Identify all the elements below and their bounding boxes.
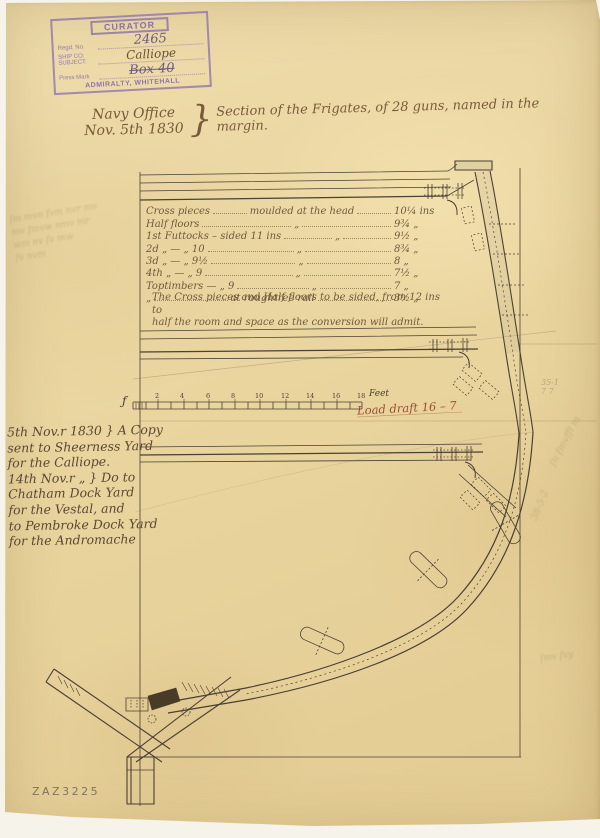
title-description: Section of the Frigates, of 28 guns, nam… bbox=[216, 95, 557, 134]
press-mark-label: Press Mark bbox=[59, 74, 99, 82]
keel bbox=[127, 757, 154, 804]
ship-subject-label: SHIP CO:SUBJECT: bbox=[58, 53, 99, 67]
pencil-construction-lines bbox=[133, 331, 597, 512]
curator-stamp: CURATOR Regd. No. 2465 SHIP CO:SUBJECT: … bbox=[50, 11, 212, 95]
navy-office-label: Navy Office bbox=[84, 104, 184, 123]
scale-left-mark: ƒ bbox=[122, 394, 126, 408]
title-date: Nov. 5th 1830 bbox=[84, 120, 184, 139]
table-row: 3d „ — „ 9½„8 „ bbox=[146, 255, 440, 267]
dark-chock bbox=[148, 688, 180, 710]
scantling-table: Cross piecesmoulded at the head10¼ ins H… bbox=[146, 205, 440, 304]
bilge-chocks bbox=[295, 496, 530, 664]
table-row: 1st Futtocks – sided 11 ins„9½ „ bbox=[146, 230, 440, 242]
title-brace: } bbox=[189, 99, 213, 141]
hull-inner-curve bbox=[174, 434, 519, 701]
table-row: Toptimbers — „ 9„7 „ bbox=[146, 279, 440, 291]
timberhead-cap bbox=[455, 161, 492, 170]
catalog-number: ZAZ3225 bbox=[32, 785, 100, 798]
pencil-note-right-1: 35-1 7 7 bbox=[541, 378, 559, 396]
floor-arm-left bbox=[46, 669, 170, 762]
margin-distribution-note: 5th Nov.r 1830 } A Copy sent to Sheernes… bbox=[7, 422, 175, 550]
table-row: Cross piecesmoulded at the head10¼ ins bbox=[146, 205, 440, 217]
scale-tick-labels: 2 4 6 8 10 12 14 16 18 bbox=[133, 392, 367, 402]
scale-feet-label: Feet bbox=[369, 389, 389, 399]
margin-note-line: for the Andromache bbox=[9, 531, 175, 549]
siding-note: The Cross pieces and Half floors to be s… bbox=[152, 292, 452, 330]
table-row: 4th „ — „ 9„7½ „ bbox=[146, 267, 440, 279]
table-row: 2d „ — „ 10„8¾ „ bbox=[146, 242, 440, 254]
margin-note-line: sent to Sheerness Yard bbox=[7, 437, 173, 455]
table-row: Half floors„9¾ „ bbox=[146, 217, 440, 229]
margin-note-line: to Pembroke Dock Yard bbox=[9, 515, 175, 533]
